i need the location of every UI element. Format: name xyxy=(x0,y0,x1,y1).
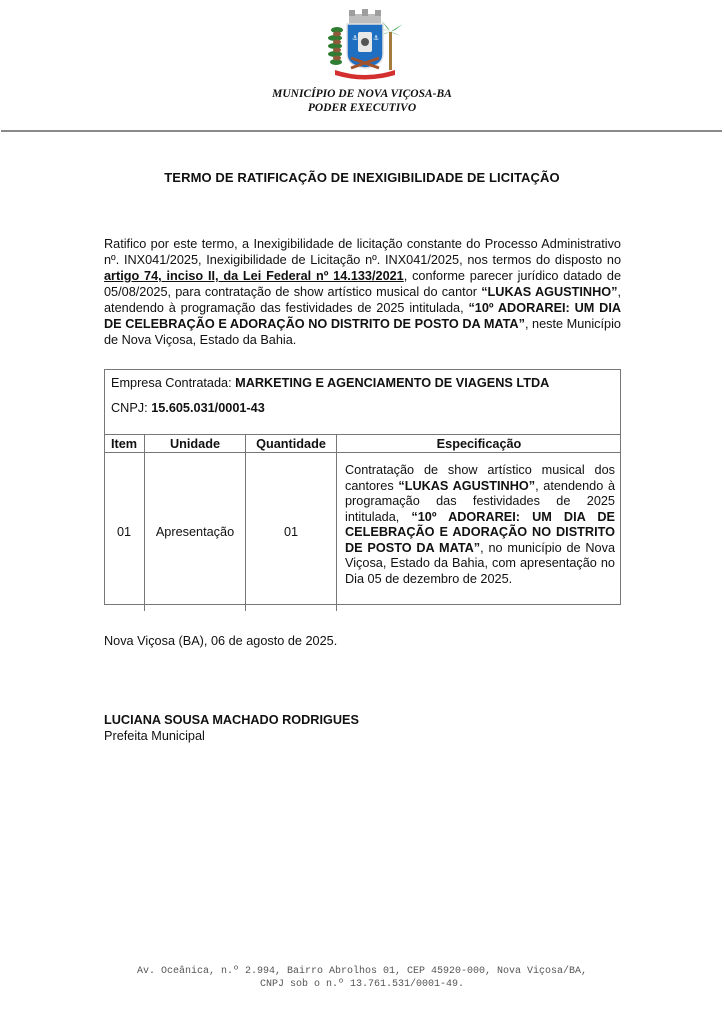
spec-artist: “LUKAS AGUSTINHO” xyxy=(398,479,535,493)
column-header-item: Item xyxy=(104,435,145,453)
table-header-row: Item Unidade Quantidade Especificação xyxy=(104,435,621,453)
ratification-paragraph: Ratifico por este termo, a Inexigibilida… xyxy=(104,236,621,348)
government-branch: PODER EXECUTIVO xyxy=(0,102,724,114)
law-reference: artigo 74, inciso II, da Lei Federal nº … xyxy=(104,269,404,283)
company-line: Empresa Contratada: MARKETING E AGENCIAM… xyxy=(111,376,549,390)
footer-cnpj: CNPJ sob o n.º 13.761.531/0001-49. xyxy=(0,978,724,991)
cell-specification: Contratação de show artístico musical do… xyxy=(337,453,622,612)
signatory-name: LUCIANA SOUSA MACHADO RODRIGUES xyxy=(104,713,359,727)
cell-item: 01 xyxy=(104,453,145,612)
document-title: TERMO DE RATIFICAÇÃO DE INEXIGIBILIDADE … xyxy=(0,170,724,185)
cnpj-line: CNPJ: 15.605.031/0001-43 xyxy=(111,401,265,415)
svg-text:⚓: ⚓ xyxy=(373,34,379,42)
paragraph-text: Ratifico por este termo, a Inexigibilida… xyxy=(104,237,621,267)
cnpj-label: CNPJ: xyxy=(111,401,151,415)
column-header-unit: Unidade xyxy=(145,435,246,453)
items-table: Item Unidade Quantidade Especificação 01… xyxy=(104,434,621,611)
signatory-role: Prefeita Municipal xyxy=(104,729,205,743)
header-divider xyxy=(1,130,722,132)
svg-text:⚓: ⚓ xyxy=(352,34,358,42)
cnpj-value: 15.605.031/0001-43 xyxy=(151,401,265,415)
cell-unit: Apresentação xyxy=(145,453,246,612)
cell-quantity: 01 xyxy=(246,453,337,612)
footer-address: Av. Oceânica, n.º 2.994, Bairro Abrolhos… xyxy=(0,965,724,978)
municipal-coat-of-arms-icon: ⚓ ⚓ xyxy=(325,8,405,82)
table-row: 01 Apresentação 01 Contratação de show a… xyxy=(104,453,621,612)
column-header-quantity: Quantidade xyxy=(246,435,337,453)
contract-box: Empresa Contratada: MARKETING E AGENCIAM… xyxy=(104,369,621,605)
column-header-specification: Especificação xyxy=(337,435,622,453)
company-name: MARKETING E AGENCIAMENTO DE VIAGENS LTDA xyxy=(235,376,549,390)
date-line: Nova Viçosa (BA), 06 de agosto de 2025. xyxy=(104,634,337,648)
artist-name: “LUKAS AGUSTINHO” xyxy=(481,285,617,299)
company-label: Empresa Contratada: xyxy=(111,376,235,390)
municipality-name: MUNICÍPIO DE NOVA VIÇOSA-BA xyxy=(0,88,724,100)
